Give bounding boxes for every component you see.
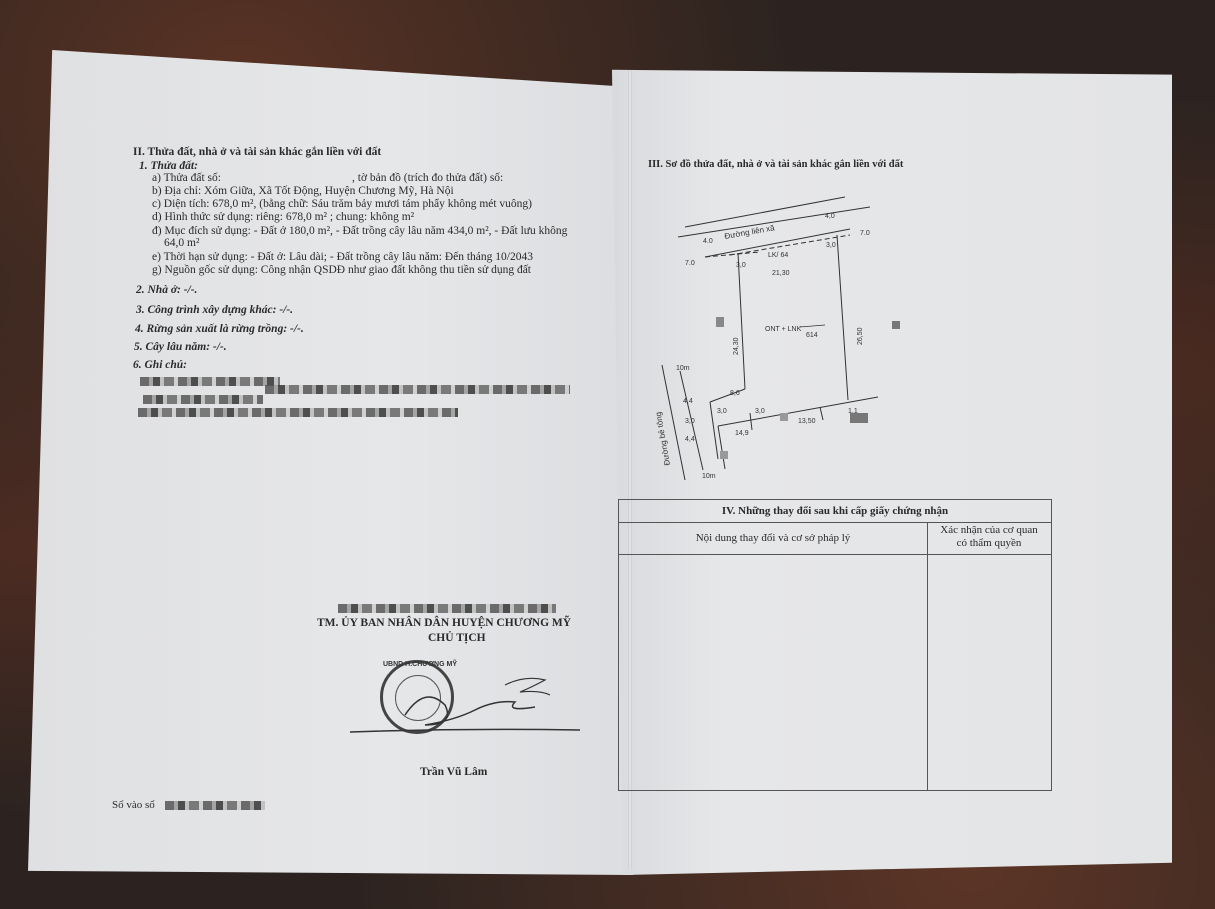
sub2: 2. Nhà ở: -/-. [136,284,197,296]
svg-text:24,30: 24,30 [733,337,740,355]
svg-text:3,0: 3,0 [736,262,746,269]
svg-text:4.0: 4.0 [703,238,713,245]
table-header-row: Nội dung thay đổi và cơ sở pháp lý Xác n… [619,522,1051,555]
svg-text:4,4: 4,4 [683,398,693,405]
sub1-title: 1. Thửa đất: [139,160,198,172]
svg-text:7.0: 7.0 [685,260,695,267]
svg-text:26,50: 26,50 [857,327,864,345]
svg-text:3,0: 3,0 [717,408,727,415]
item-g: g) Nguồn gốc sử dụng: Công nhận QSDĐ như… [152,264,531,277]
svg-text:LK/ 64: LK/ 64 [768,252,788,259]
registry-label: Số vào sổ [112,799,155,812]
sub6: 6. Ghi chú: [133,359,187,371]
col-authority-confirmation: Xác nhận của cơ quan có thẩm quyền [927,524,1051,550]
seal-text: UBND H.CHƯƠNG MỸ [383,661,457,668]
signature-org: TM. ỦY BAN NHÂN DÂN HUYỆN CHƯƠNG MỸ [317,617,571,629]
item-a: a) Thửa đất số: [152,172,221,185]
changes-table: IV. Những thay đổi sau khi cấp giấy chứn… [618,499,1052,791]
redacted-note [138,408,458,417]
item-dd-cont: 64,0 m² [164,237,199,250]
col2-line2: có thẩm quyền [927,537,1051,550]
svg-text:3,0: 3,0 [826,242,836,249]
signature-scribble [345,670,585,740]
left-page [28,50,633,875]
signer-name: Trần Vũ Lâm [420,766,487,778]
redacted-registry-number [165,801,265,810]
svg-text:10m: 10m [702,473,716,480]
redacted-note [140,377,280,386]
item-a-suffix: , tờ bản đồ (trích đo thửa đất) số: [352,172,503,185]
svg-text:21,30: 21,30 [772,270,790,277]
sub5: 5. Cây lâu năm: -/-. [134,341,227,353]
road-left-label: Đường bê tông [654,411,672,466]
item-dd: đ) Mục đích sử dụng: - Đất ở 180,0 m², -… [152,225,567,238]
item-e: e) Thời hạn sử dụng: - Đất ở: Lâu dài; -… [152,251,533,264]
svg-text:4,0: 4,0 [825,213,835,220]
svg-text:ONT + LNK: ONT + LNK [765,326,802,333]
svg-text:3,0: 3,0 [755,408,765,415]
land-parcel-diagram: Đường liên xã 4.0 4,0 7.0 7.0 3,0 3,0 LK… [630,195,920,495]
redacted-note [143,395,263,404]
item-b: b) Địa chỉ: Xóm Giữa, Xã Tốt Động, Huyện… [152,185,454,198]
svg-text:14,9: 14,9 [735,430,749,437]
col-change-content: Nội dung thay đổi và cơ sở pháp lý [619,522,927,554]
svg-text:8,6: 8,6 [730,390,740,397]
item-c: c) Diện tích: 678,0 m², (bằng chữ: Sáu t… [152,198,532,211]
svg-text:10m: 10m [676,365,690,372]
svg-text:13,50: 13,50 [798,418,816,425]
redacted-note [265,385,570,394]
col2-line1: Xác nhận của cơ quan [927,524,1051,537]
signature-title: CHỦ TỊCH [428,632,486,644]
sub4: 4. Rừng sản xuất là rừng trồng: -/-. [135,323,304,335]
svg-text:3,0: 3,0 [685,418,695,425]
table-column-divider [927,522,928,790]
svg-text:4,4: 4,4 [685,436,695,443]
redacted-date [338,604,556,613]
section-iii-title: III. Sơ đồ thửa đất, nhà ở và tài sản kh… [648,159,903,170]
section-ii-title: II. Thửa đất, nhà ở và tài sản khác gắn … [133,146,381,158]
svg-text:614: 614 [806,332,818,339]
section-iv-title: IV. Những thay đổi sau khi cấp giấy chứn… [619,500,1051,523]
item-d: d) Hình thức sử dụng: riêng: 678,0 m² ; … [152,211,414,224]
svg-text:7.0: 7.0 [860,230,870,237]
sub3: 3. Công trình xây dựng khác: -/-. [136,304,293,316]
